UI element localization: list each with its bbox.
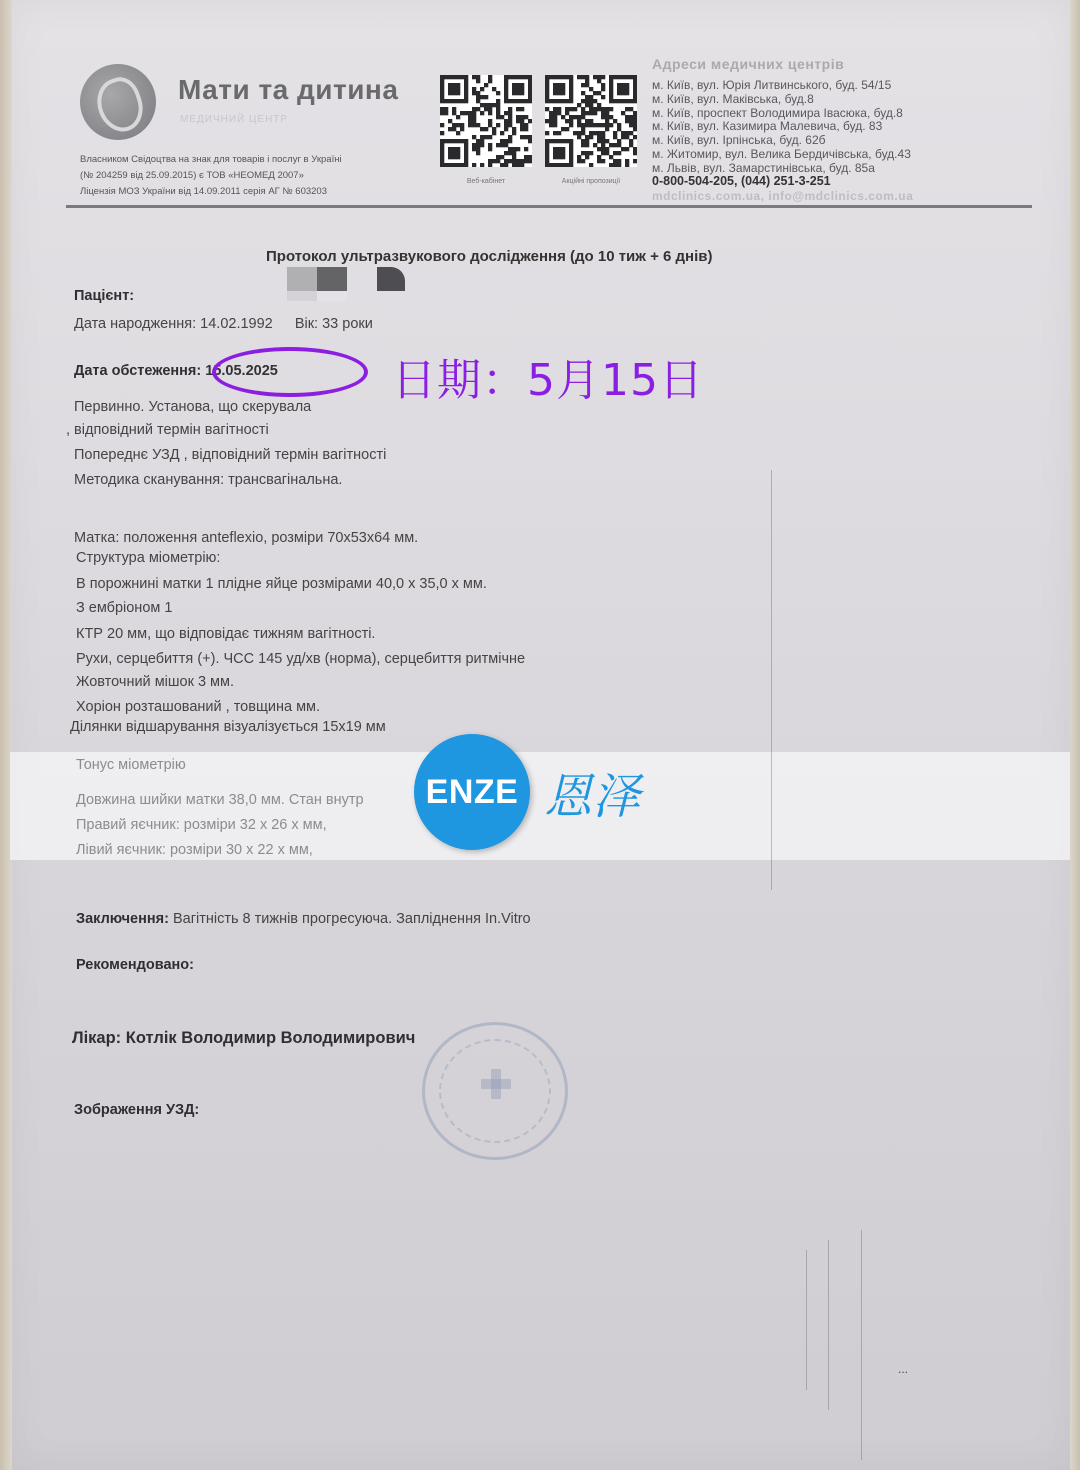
conclusion-row: Заключення: Вагітність 8 тижнів прогресу… xyxy=(76,911,531,927)
detachment-line: Ділянки відшарування візуалізується 15x1… xyxy=(70,719,386,735)
legal-notice: Власником Свідоцтва на знак для товарів … xyxy=(80,152,342,200)
address-item: м. Київ, вул. Маківська, буд.8 xyxy=(652,93,911,107)
patient-row: Пацієнт: xyxy=(74,288,134,304)
photo-edge-right xyxy=(1070,0,1080,1470)
conclusion-text: Вагітність 8 тижнів прогресуюча. Заплідн… xyxy=(173,911,531,927)
qr-label: Веб-кабінет xyxy=(436,178,536,185)
age-value: 33 роки xyxy=(322,316,373,332)
clinic-logo-icon xyxy=(80,64,156,140)
doctor-name: Котлік Володимир Володимирович xyxy=(126,1029,416,1047)
scan-streak xyxy=(861,1230,862,1460)
photo-edge-left xyxy=(0,0,12,1470)
doctor-label: Лікар: xyxy=(72,1029,121,1047)
legal-line: Власником Свідоцтва на знак для товарів … xyxy=(80,152,342,168)
faint-line: Тонус міометрію xyxy=(76,757,186,773)
finding-line: З ембріоном 1 xyxy=(76,600,172,616)
address-item: м. Київ, вул. Казимира Малевича, буд. 83 xyxy=(652,120,911,134)
qr-label: Акційні пропозиції xyxy=(541,178,641,185)
enze-logo-text: 恩泽 xyxy=(544,758,640,827)
highlight-circle xyxy=(212,347,368,397)
clinic-web: mdclinics.com.ua, info@mdclinics.com.ua xyxy=(652,189,913,203)
intro-line: Попереднє УЗД , відповідний термін вагіт… xyxy=(74,447,386,463)
document-title: Протокол ультразвукового дослідження (до… xyxy=(266,248,712,265)
doctor-stamp-icon xyxy=(422,1022,568,1160)
patient-label: Пацієнт: xyxy=(74,288,134,304)
conclusion-label: Заключення: xyxy=(76,911,169,927)
finding-line: Хоріон розташований , товщина мм. xyxy=(76,699,320,715)
qr-code-icon xyxy=(440,75,532,167)
finding-line: Структура міометрію: xyxy=(76,550,220,566)
faint-line: Правий яєчник: розміри 32 x 26 x мм, xyxy=(76,817,327,833)
legal-line: Ліцензія МОЗ України від 14.09.2011 сері… xyxy=(80,184,342,200)
finding-line: Жовточний мішок 3 мм. xyxy=(76,674,234,690)
doctor-row: Лікар: Котлік Володимир Володимирович xyxy=(72,1029,415,1048)
exam-date-label: Дата обстеження: xyxy=(74,363,201,379)
faint-line: Довжина шийки матки 38,0 мм. Стан внутр xyxy=(76,792,364,808)
recommended-label: Рекомендовано: xyxy=(76,957,194,973)
addresses-title: Адреси медичних центрів xyxy=(652,56,844,72)
date-annotation: 日期：5月15日 xyxy=(392,344,704,408)
faint-line: Лівий яєчник: розміри 30 x 22 x мм, xyxy=(76,842,313,858)
clinic-subtitle: медичний центр xyxy=(180,114,288,125)
address-item: м. Київ, вул. Ірпінська, буд. 62б xyxy=(652,134,911,148)
address-item: м. Житомир, вул. Велика Бердичівська, бу… xyxy=(652,148,911,162)
clinic-phones: 0-800-504-205, (044) 251-3-251 xyxy=(652,174,831,188)
legal-line: (№ 204259 від 25.09.2015) є ТОВ «НЕОМЕД … xyxy=(80,168,342,184)
scan-streak xyxy=(828,1240,829,1410)
clinic-name: Мати та дитина xyxy=(178,74,398,106)
finding-line: Матка: положення anteflexio, розміри 70x… xyxy=(74,530,418,546)
finding-line: В порожнині матки 1 плідне яйце розмірам… xyxy=(76,576,487,592)
patient-name-redacted xyxy=(287,267,410,301)
finding-line: КТР 20 мм, що відповідає тижням вагітнос… xyxy=(76,626,375,642)
addresses-list: м. Київ, вул. Юрія Литвинського, буд. 54… xyxy=(652,79,911,176)
enze-logo-badge: ENZE xyxy=(414,734,530,850)
address-item: м. Київ, вул. Юрія Литвинського, буд. 54… xyxy=(652,79,911,93)
intro-line: , відповідний термін вагітності xyxy=(66,422,269,438)
header-divider xyxy=(66,205,1032,208)
address-item: м. Київ, проспект Володимира Івасюка, бу… xyxy=(652,107,911,121)
scan-streak xyxy=(806,1250,807,1390)
document-page xyxy=(10,0,1070,1470)
footer-mark: ... xyxy=(898,1362,908,1376)
birth-date: 14.02.1992 xyxy=(200,316,273,332)
scan-streak xyxy=(771,470,772,890)
qr-code-icon xyxy=(545,75,637,167)
intro-line: Методика сканування: трансвагінальна. xyxy=(74,472,342,488)
birth-row: Дата народження: 14.02.1992 Вік: 33 роки xyxy=(74,316,373,332)
finding-line: Рухи, серцебиття (+). ЧСС 145 уд/хв (нор… xyxy=(76,651,525,667)
age-label: Вік: xyxy=(295,316,318,332)
birth-label: Дата народження: xyxy=(74,316,196,332)
intro-line: Первинно. Установа, що скерувала xyxy=(74,399,311,415)
ultrasound-images-label: Зображення УЗД: xyxy=(74,1102,199,1118)
